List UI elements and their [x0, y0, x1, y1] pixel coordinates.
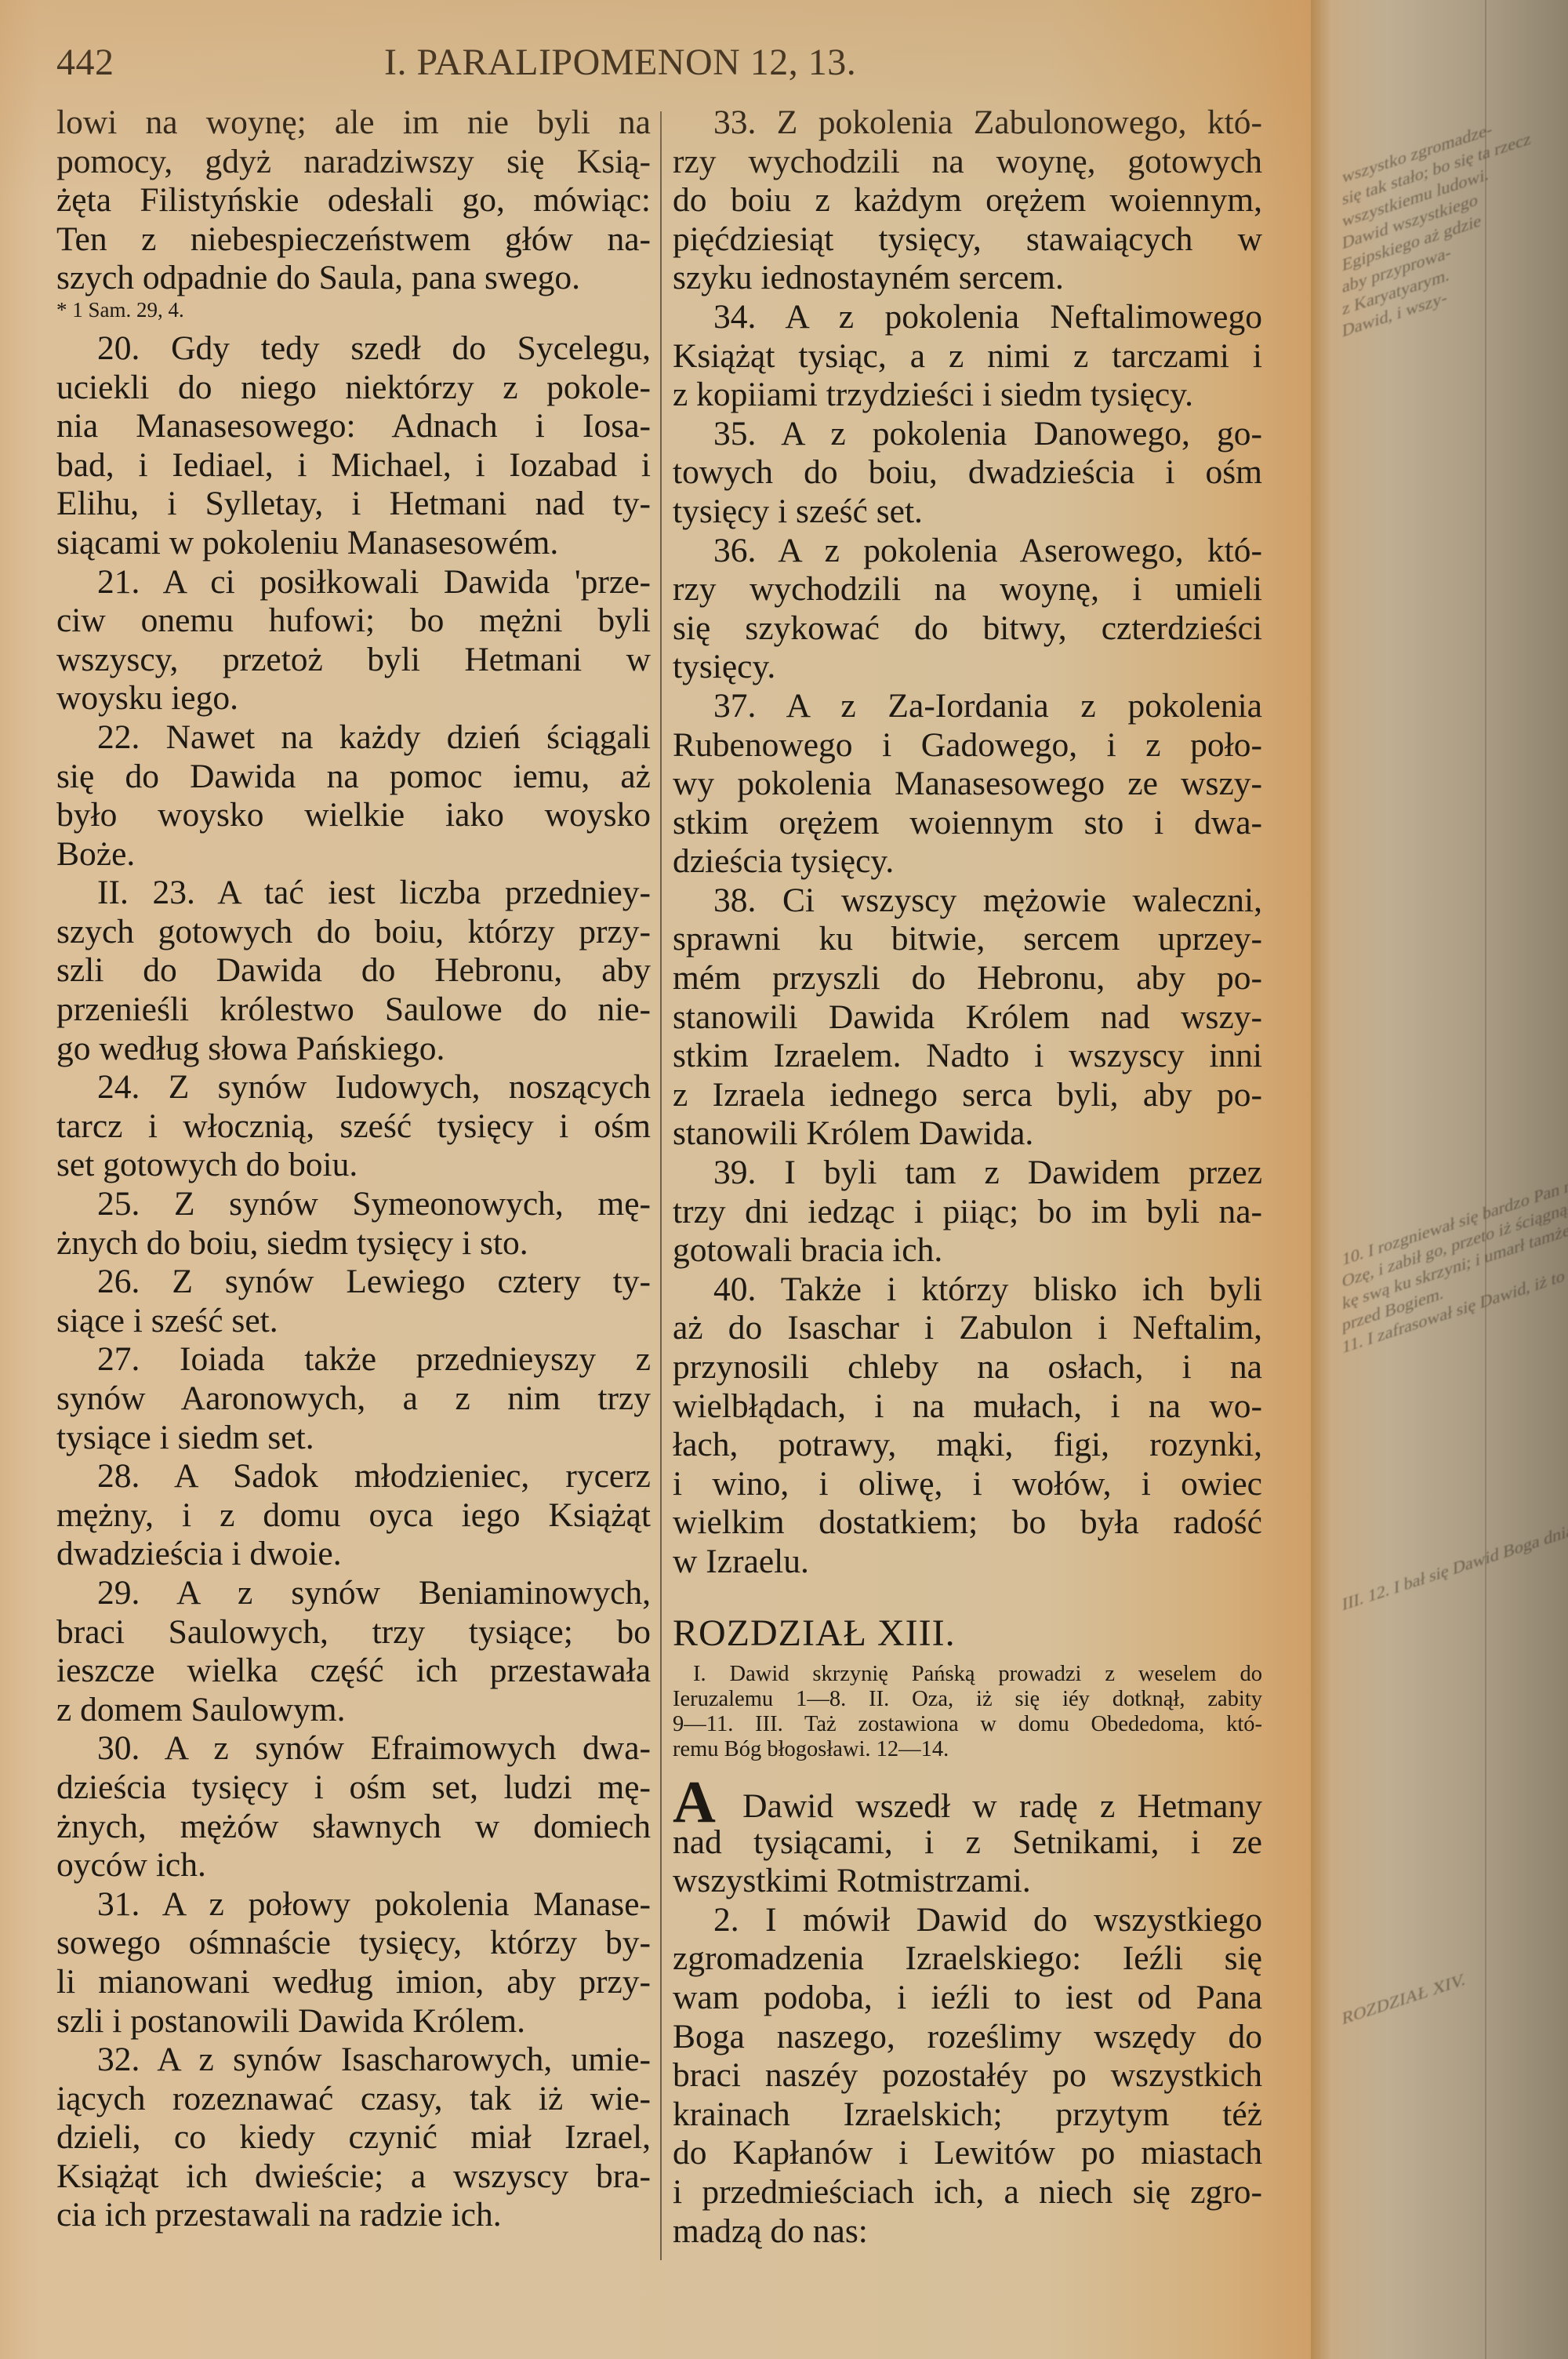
text-line: 34. A z pokolenia Neftalimowego	[673, 298, 1262, 337]
text-line: II. 23. A tać iest liczba przedniey-	[56, 874, 651, 913]
text-line: sprawni ku bitwie, sercem uprzey-	[673, 920, 1262, 959]
summary-line: Ieruzalemu 1—8. II. Oza, iż się iéy dotk…	[673, 1687, 1262, 1712]
text-line: li mianowani według imion, aby przy-	[56, 1963, 651, 2002]
text-line: Książąt tysiąc, a z nimi z tarczami i	[673, 337, 1262, 376]
text-line: z Izraela iednego serca byli, aby po-	[673, 1076, 1262, 1115]
text-line: stanowili Królem Dawida.	[673, 1114, 1262, 1154]
chapter-heading: ROZDZIAŁ XIII.	[673, 1612, 1262, 1656]
adjacent-page-text-top: wszystko zgromadze- się tak stało; bo si…	[1342, 116, 1499, 343]
verse-1: A Dawid wszedł w radę z Hetmany nad tysi…	[673, 1781, 1262, 1901]
text-line: dzieścia tysięcy i ośm set, ludzi mę-	[56, 1768, 651, 1808]
text-line: w Izraelu.	[673, 1543, 1262, 1582]
text-line: wszyscy, przetoż byli Hetmani w	[56, 641, 651, 680]
verse-20: 20. Gdy tedy szedł do Sycelegu, uciekli …	[56, 329, 651, 563]
text-line: stanowili Dawida Królem nad wszy-	[673, 998, 1262, 1038]
text-line: do boiu z każdym orężem woiennym,	[673, 181, 1262, 220]
text-line: stkim orężem woiennym sto i dwa-	[673, 804, 1262, 843]
right-column: 33. Z pokolenia Zabulonowego, któ- rzy w…	[673, 104, 1262, 2251]
footnote-reference: * 1 Sam. 29, 4.	[56, 296, 651, 323]
text-line: sowego ośmnaście tysięcy, którzy by-	[56, 1924, 651, 1963]
text-line: rzy wychodzili na woynę, i umieli	[673, 570, 1262, 609]
text-line: żnych do boiu, siedm tysięcy i sto.	[56, 1224, 651, 1263]
summary-line: 9—11. III. Taż zostawiona w domu Obededo…	[673, 1712, 1262, 1737]
verse-38: 38. Ci wszyscy mężowie waleczni, sprawni…	[673, 881, 1262, 1154]
text-line: 29. A z synów Beniaminowych,	[56, 1574, 651, 1613]
text-line: 22. Nawet na każdy dzień ściągali	[56, 718, 651, 758]
book-page-442: 442 I. PARALIPOMENON 12, 13. lowi na woy…	[0, 0, 1311, 2359]
text-line: go według słowa Pańskiego.	[56, 1030, 651, 1069]
verse-29: 29. A z synów Beniaminowych, braci Saulo…	[56, 1574, 651, 1729]
text-line: iących rozeznawać czasy, tak iż wie-	[56, 2080, 651, 2119]
text-line: towych do boiu, dwadzieścia i ośm	[673, 453, 1262, 493]
text-line: set gotowych do boiu.	[56, 1146, 651, 1185]
text-line: wielkim dostatkiem; bo była radość	[673, 1503, 1262, 1543]
verse-34: 34. A z pokolenia Neftalimowego Książąt …	[673, 298, 1262, 415]
text-line: cia ich przestawali na radzie ich.	[56, 2196, 651, 2235]
text-line: uciekli do niego niektórzy z pokole-	[56, 369, 651, 408]
text-line: wszystkimi Rotmistrzami.	[673, 1862, 1262, 1901]
text-line: było woysko wielkie iako woysko	[56, 796, 651, 835]
text-line: stkim Izraelem. Nadto i wszyscy inni	[673, 1037, 1262, 1076]
left-column: lowi na woynę; ale im nie byli na pomocy…	[56, 104, 651, 2235]
text-line: 38. Ci wszyscy mężowie waleczni,	[673, 881, 1262, 921]
text-line: dwadzieścia i dwoie.	[56, 1535, 651, 1574]
text-line: 30. A z synów Efraimowych dwa-	[56, 1729, 651, 1768]
text-line: 33. Z pokolenia Zabulonowego, któ-	[673, 104, 1262, 143]
verse-24: 24. Z synów Iudowych, noszących tarcz i …	[56, 1068, 651, 1185]
text-line: tysięcy i sześć set.	[673, 493, 1262, 532]
text-line: ciw onemu hufowi; bo mężni byli	[56, 602, 651, 641]
summary-line: remu Bóg błogosławi. 12—14.	[673, 1737, 1262, 1762]
text-line: się do Dawida na pomoc iemu, aż	[56, 758, 651, 797]
column-divider	[660, 111, 662, 2260]
text-line: Dawid wszedł w radę z Hetmany	[720, 1787, 1262, 1825]
text-line: rzy wychodzili na woynę, gotowych	[673, 143, 1262, 182]
text-line: wy pokolenia Manasesowego ze wszy-	[673, 765, 1262, 804]
text-line: aż do Isaschar i Zabulon i Neftalim,	[673, 1309, 1262, 1348]
text-line: mém przyszli do Hebronu, aby po-	[673, 959, 1262, 998]
text-line: nia Manasesowego: Adnach i Iosa-	[56, 407, 651, 446]
text-line: wam podoba, i ieźli to iest od Pana	[673, 1979, 1262, 2018]
text-line: woysku iego.	[56, 679, 651, 718]
text-line: lowi na woynę; ale im nie byli na	[56, 104, 651, 143]
text-line: 21. A ci posiłkowali Dawida 'prze-	[56, 563, 651, 602]
text-line: 28. A Sadok młodzieniec, rycerz	[56, 1457, 651, 1496]
text-line: Elihu, i Sylletay, i Hetmani nad ty-	[56, 485, 651, 524]
verse-21: 21. A ci posiłkowali Dawida 'prze- ciw o…	[56, 563, 651, 718]
text-line: pomocy, gdyż naradziwszy się Ksią-	[56, 143, 651, 182]
verse-27: 27. Ioiada także przednieyszy z synów Aa…	[56, 1340, 651, 1457]
text-line: ieszcze wielka część ich przestawała	[56, 1652, 651, 1691]
verse-31: 31. A z połowy pokolenia Manase- sowego …	[56, 1885, 651, 2041]
text-line: oyców ich.	[56, 1846, 651, 1885]
text-line: 24. Z synów Iudowych, noszących	[56, 1068, 651, 1107]
chapter-summary: I. Dawid skrzynię Pańską prowadzi z wese…	[673, 1662, 1262, 1762]
verse-28: 28. A Sadok młodzieniec, rycerz mężny, i…	[56, 1457, 651, 1574]
verse-40: 40. Także i którzy blisko ich byli aż do…	[673, 1270, 1262, 1582]
text-line: siące i sześć set.	[56, 1302, 651, 1341]
text-line: 25. Z synów Symeonowych, mę-	[56, 1185, 651, 1224]
text-line: 20. Gdy tedy szedł do Sycelegu,	[56, 329, 651, 369]
text-line: 37. A z Za-Iordania z pokolenia	[673, 687, 1262, 726]
continued-verse: lowi na woynę; ale im nie byli na pomocy…	[56, 104, 651, 298]
text-line: przynosili chleby na osłach, i na	[673, 1348, 1262, 1387]
text-line: Boże.	[56, 835, 651, 874]
text-line: i wino, i oliwę, i wołów, i owiec	[673, 1465, 1262, 1504]
text-line: zgromadzenia Izraelskiego: Ieźli się	[673, 1939, 1262, 1979]
text-line: 36. A z pokolenia Aserowego, któ-	[673, 532, 1262, 571]
text-line: wielbłądach, i na mułach, i na wo-	[673, 1387, 1262, 1427]
text-line: gotowali bracia ich.	[673, 1231, 1262, 1270]
text-line: nad tysiącami, i z Setnikami, i ze	[673, 1823, 1262, 1863]
text-line: szych gotowych do boiu, którzy przy-	[56, 913, 651, 952]
text-line: szyku iednostayném sercem.	[673, 259, 1262, 298]
verse-26: 26. Z synów Lewiego cztery ty- siące i s…	[56, 1263, 651, 1340]
text-line: 26. Z synów Lewiego cztery ty-	[56, 1263, 651, 1302]
text-line: dzieścia tysięcy.	[673, 842, 1262, 881]
adjacent-page-edge: wszystko zgromadze- się tak stało; bo si…	[1311, 0, 1568, 2359]
text-line: Ten z niebespieczeństwem głów na-	[56, 220, 651, 260]
verse-22: 22. Nawet na każdy dzień ściągali się do…	[56, 718, 651, 874]
page-number: 442	[56, 41, 114, 84]
text-line: z kopiiami trzydzieści i siedm tysięcy.	[673, 376, 1262, 415]
text-line: i przedmieściach ich, a niech się zgro-	[673, 2173, 1262, 2212]
text-line: szych odpadnie do Saula, pana swego.	[56, 259, 651, 298]
text-line: Książąt ich dwieście; a wszyscy bra-	[56, 2157, 651, 2197]
text-line: szli i postanowili Dawida Królem.	[56, 2002, 651, 2041]
verse-36: 36. A z pokolenia Aserowego, któ- rzy wy…	[673, 532, 1262, 687]
verse-33: 33. Z pokolenia Zabulonowego, któ- rzy w…	[673, 104, 1262, 298]
adjacent-page-text-lower: 10. I rozgniewał się bardzo Pan na Ozę, …	[1342, 1198, 1499, 2030]
text-line: żnych, mężów sławnych w domiech	[56, 1808, 651, 1847]
text-line: pięćdziesiąt tysięcy, stawaiących w	[673, 220, 1262, 260]
running-title: I. PARALIPOMENON 12, 13.	[384, 41, 856, 84]
text-line: szli do Dawida do Hebronu, aby	[56, 951, 651, 990]
text-line: mężny, i z domu oyca iego Książąt	[56, 1496, 651, 1536]
text-line: do Kapłanów i Lewitów po miastach	[673, 2134, 1262, 2173]
text-line: łach, potrawy, mąki, figi, rozynki,	[673, 1426, 1262, 1465]
text-line: krainach Izraelskich; przytym téż	[673, 2095, 1262, 2135]
verse-25: 25. Z synów Symeonowych, mę- żnych do bo…	[56, 1185, 651, 1263]
text-line: 27. Ioiada także przednieyszy z	[56, 1340, 651, 1379]
verse-35: 35. A z pokolenia Danowego, go- towych d…	[673, 415, 1262, 532]
text-line: braci naszéy pozostałéy po wszystkich	[673, 2056, 1262, 2095]
adjacent-column-divider	[1485, 0, 1486, 2359]
text-line: 31. A z połowy pokolenia Manase-	[56, 1885, 651, 1925]
text-line: przenieśli królestwo Saulowe do nie-	[56, 990, 651, 1030]
text-line: tysięcy.	[673, 648, 1262, 687]
text-line: 39. I byli tam z Dawidem przez	[673, 1154, 1262, 1193]
verse-2: 2. I mówił Dawid do wszystkiego zgromadz…	[673, 1901, 1262, 2251]
text-line: 32. A z synów Isascharowych, umie-	[56, 2041, 651, 2080]
text-line: braci Saulowych, trzy tysiące; bo	[56, 1613, 651, 1652]
text-line: 35. A z pokolenia Danowego, go-	[673, 415, 1262, 454]
text-line: tysiące i siedm set.	[56, 1419, 651, 1458]
text-line: synów Aaronowych, a z nim trzy	[56, 1379, 651, 1419]
first-line-with-dropcap: A Dawid wszedł w radę z Hetmany	[673, 1781, 1262, 1823]
text-line: Rubenowego i Gadowego, i z poło-	[673, 726, 1262, 765]
text-line: madzą do nas:	[673, 2212, 1262, 2252]
text-line: siącami w pokoleniu Manasesowém.	[56, 524, 651, 563]
text-line: tarcz i włocznią, sześć tysięcy i ośm	[56, 1107, 651, 1147]
text-line: się szykować do bitwy, czterdzieści	[673, 609, 1262, 649]
text-line: żęta Filistyńskie odesłali go, mówiąc:	[56, 181, 651, 220]
text-line: Boga naszego, roześlimy wszędy do	[673, 2018, 1262, 2057]
verse-39: 39. I byli tam z Dawidem przez trzy dni …	[673, 1154, 1262, 1270]
text-line: 40. Także i którzy blisko ich byli	[673, 1270, 1262, 1310]
verse-30: 30. A z synów Efraimowych dwa- dzieścia …	[56, 1729, 651, 1885]
text-line: z domem Saulowym.	[56, 1691, 651, 1730]
verse-32: 32. A z synów Isascharowych, umie- iącyc…	[56, 2041, 651, 2235]
summary-line: I. Dawid skrzynię Pańską prowadzi z wese…	[673, 1662, 1262, 1687]
running-header: 442 I. PARALIPOMENON 12, 13.	[56, 41, 1279, 88]
text-line: bad, i Iediael, i Michael, i Iozabad i	[56, 446, 651, 485]
verse-23: II. 23. A tać iest liczba przedniey- szy…	[56, 874, 651, 1068]
verse-37: 37. A z Za-Iordania z pokolenia Rubenowe…	[673, 687, 1262, 881]
text-line: trzy dni iedząc i piiąc; bo im byli na-	[673, 1193, 1262, 1232]
text-line: 2. I mówił Dawid do wszystkiego	[673, 1901, 1262, 1940]
text-line: dzieli, co kiedy czynić miał Izrael,	[56, 2118, 651, 2157]
